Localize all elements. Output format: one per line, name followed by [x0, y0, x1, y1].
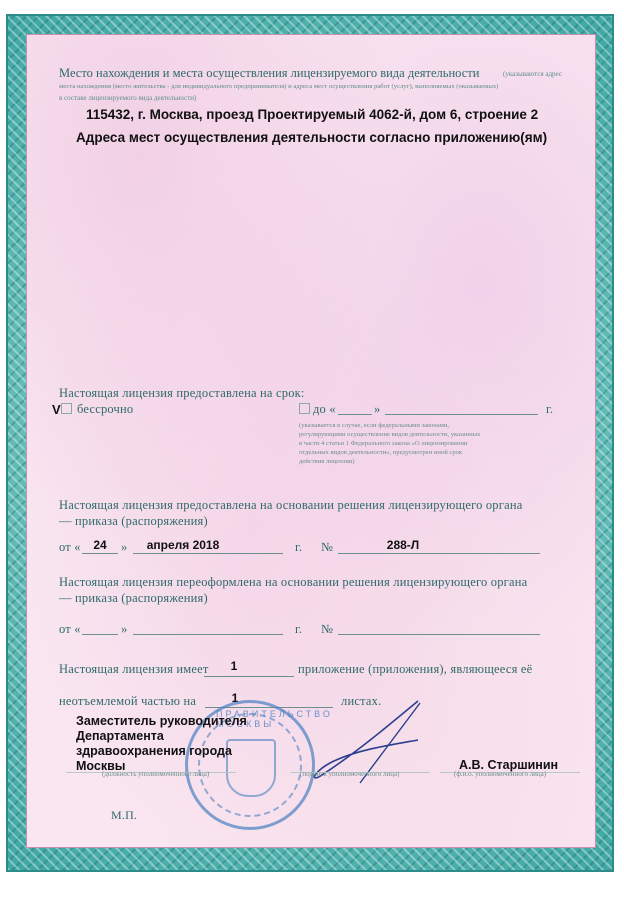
grant-number-line [338, 553, 540, 554]
additional-addresses-note: Адреса мест осуществления деятельности с… [76, 130, 547, 145]
grant-number-label: № [321, 540, 333, 555]
reissue-day-field[interactable] [82, 634, 118, 635]
signatory-position-line1: Заместитель руководителя [76, 714, 247, 729]
appendix-count: 1 [204, 659, 264, 673]
position-caption: (должность уполномоченного лица) [102, 770, 209, 778]
signatory-position-line2: Департамента [76, 729, 164, 744]
until-day-field[interactable] [338, 414, 372, 415]
signature-caption: (подпись уполномоченного лица) [300, 770, 399, 778]
reissue-year-suffix: г. [295, 622, 302, 637]
until-year-suffix: г. [546, 402, 553, 417]
location-heading: Место нахождения и места осуществления л… [59, 66, 479, 81]
check-mark-icon: V [52, 402, 61, 417]
grant-quote-close: » [121, 540, 127, 555]
until-prefix: до « [313, 402, 336, 417]
reissue-text-line2: — приказа (распоряжения) [59, 591, 208, 606]
grant-day: 24 [82, 538, 118, 552]
location-note-line2: места нахождения (место жительства - для… [59, 83, 498, 90]
appendix-count-line [204, 676, 294, 677]
appendix-line1-suffix: приложение (приложения), являющееся её [298, 662, 532, 677]
name-caption: (ф.и.о. уполномоченного лица) [454, 770, 546, 778]
appendix-line1-prefix: Настоящая лицензия имеет [59, 662, 209, 677]
until-checkbox[interactable] [299, 403, 310, 414]
grant-year-suffix: г. [295, 540, 302, 555]
until-note: (указывается в случае, если федеральными… [299, 421, 484, 466]
reissue-text-line1: Настоящая лицензия переоформлена на осно… [59, 575, 527, 590]
reissue-quote-close: » [121, 622, 127, 637]
reissue-number-label: № [321, 622, 333, 637]
grant-day-line [82, 553, 118, 554]
seal-label: М.П. [111, 808, 137, 823]
term-label: Настоящая лицензия предоставлена на срок… [59, 386, 305, 401]
indefinite-label: бессрочно [77, 402, 133, 417]
reissue-number-field[interactable] [338, 634, 540, 635]
indefinite-checkbox[interactable] [61, 403, 72, 414]
appendix-line2-prefix: неотъемлемой частью на [59, 694, 196, 709]
reissue-month-year-field[interactable] [133, 634, 283, 635]
grant-month-year-line [133, 553, 283, 554]
grant-text-line1: Настоящая лицензия предоставлена на осно… [59, 498, 522, 513]
grant-text-line2: — приказа (распоряжения) [59, 514, 208, 529]
until-month-year-field[interactable] [385, 414, 538, 415]
grant-from-label: от « [59, 540, 81, 555]
license-address: 115432, г. Москва, проезд Проектируемый … [86, 107, 538, 122]
grant-number: 288-Л [338, 538, 468, 552]
reissue-from-label: от « [59, 622, 81, 637]
grant-month-year: апреля 2018 [133, 538, 233, 552]
signatory-position-line3: здравоохранения города [76, 744, 232, 759]
location-note-line3: в составе лицензируемого вида деятельнос… [59, 94, 196, 102]
until-quote-close: » [374, 402, 380, 417]
location-heading-note: (указываются адрес [503, 70, 562, 78]
